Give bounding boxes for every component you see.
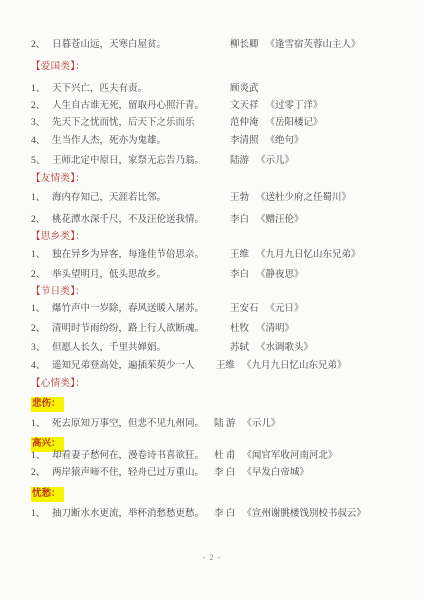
quote-text: 两岸猿声啼不住，轻舟已过万重山。 xyxy=(52,467,204,480)
item-number: 3、 xyxy=(31,117,52,130)
author: 顾炎武 xyxy=(230,83,259,96)
quote-row: 2、 桃花潭水深千尺，不及汪伦送我情。 李白 《赠汪伦》 xyxy=(31,214,416,227)
work-title: 《过零丁洋》 xyxy=(266,100,323,113)
work-title: 《宣州谢朓楼饯别校书叔云》 xyxy=(242,508,366,521)
author: 王勃 xyxy=(230,192,249,205)
quote-row: 1、 抽刀断水水更流，举杯消愁愁更愁。 李 白 《宣州谢朓楼饯别校书叔云》 xyxy=(31,508,416,521)
author: 杜 甫 xyxy=(214,450,235,463)
quote-text: 生当作人杰，死亦为鬼雄。 xyxy=(52,135,230,148)
section-header-patriotic: 【爱国类】： xyxy=(31,61,416,74)
quote-row: 1、 独在异乡为异客，每逢佳节倍思亲。 王维 《九月九日忆山东兄弟》 xyxy=(31,249,416,262)
author: 王安石 xyxy=(230,303,259,316)
section-title: 【友情类】： xyxy=(31,173,85,186)
work-title: 《送杜少府之任蜀川》 xyxy=(256,192,351,205)
author: 陆游 xyxy=(230,155,249,168)
author: 柳长卿 xyxy=(230,39,259,52)
quote-text: 但愿人长久，千里共婵娟。 xyxy=(52,342,230,355)
author: 李白 xyxy=(230,269,249,282)
work-title: 《绝句》 xyxy=(266,135,304,148)
section-title: 【节日类】： xyxy=(31,286,85,299)
author: 李白 xyxy=(230,214,249,227)
author: 杜牧 xyxy=(230,323,249,336)
document-page: 2、 日暮苍山远，天寒白屋贫。 柳长卿 《逢雪宿芙蓉山主人》 【爱国类】： 1、… xyxy=(0,0,424,600)
author: 李清照 xyxy=(230,135,259,148)
item-number: 1、 xyxy=(31,249,52,262)
work-title: 《示儿》 xyxy=(242,418,280,431)
mood-label: 忧愁： xyxy=(31,487,64,502)
quote-row: 1、 海内存知己，天涯若比邻。 王勃 《送杜少府之任蜀川》 xyxy=(31,192,416,205)
work-title: 《早发白帝城》 xyxy=(242,467,309,480)
quote-row: 2、 举头望明月，低头思故乡。 李白 《静夜思》 xyxy=(31,269,416,282)
work-title: 《赠汪伦》 xyxy=(256,214,304,227)
quote-row: 4、 生当作人杰，死亦为鬼雄。 李清照 《绝句》 xyxy=(31,135,416,148)
quote-row: 5、 王师北定中原日，家祭无忘告乃翁。 陆游 《示儿》 xyxy=(31,155,416,168)
section-header-homesick: 【思乡类】： xyxy=(31,231,416,244)
section-header-friendship: 【友情类】： xyxy=(31,173,416,186)
quote-row: 2、 日暮苍山远，天寒白屋贫。 柳长卿 《逢雪宿芙蓉山主人》 xyxy=(31,39,416,52)
quote-text: 死去原知万事空，但悲不见九州同。 xyxy=(52,418,204,431)
quote-text: 抽刀断水水更流，举杯消愁愁更愁。 xyxy=(52,508,204,521)
quote-text: 天下兴亡，匹夫有责。 xyxy=(52,83,230,96)
quote-text: 清明时节雨纷纷，路上行人欲断魂。 xyxy=(52,323,230,336)
item-number: 1、 xyxy=(31,303,52,316)
item-number: 4、 xyxy=(31,360,52,373)
item-number: 1、 xyxy=(31,83,52,96)
item-number: 5、 xyxy=(31,155,52,168)
item-number: 1、 xyxy=(31,418,52,431)
work-title: 《示儿》 xyxy=(256,155,294,168)
page-number: - 2 - xyxy=(0,553,424,562)
work-title: 《水调歌头》 xyxy=(256,342,313,355)
item-number: 1、 xyxy=(31,450,52,463)
mood-subheader-sad: 悲伤： xyxy=(31,397,416,412)
item-number: 3、 xyxy=(31,342,52,355)
quote-text: 遥知兄弟登高处，遍插茱萸少一人 xyxy=(52,360,216,373)
item-number: 1、 xyxy=(31,192,52,205)
work-title: 《岳阳楼记》 xyxy=(266,117,323,130)
item-number: 1、 xyxy=(31,508,52,521)
mood-label: 悲伤： xyxy=(31,397,64,412)
quote-row: 1、 爆竹声中一岁除，春风送暖入屠苏。 王安石 《元日》 xyxy=(31,303,416,316)
item-number: 2、 xyxy=(31,269,52,282)
quote-row: 1、 却看妻子愁何在，漫卷诗书喜欲狂。 杜 甫 《闻官军收河南河北》 xyxy=(31,450,416,463)
mood-subheader-worried: 忧愁： xyxy=(31,487,416,502)
section-title: 【爱国类】： xyxy=(31,61,85,74)
quote-text: 先天下之忧而忧，后天下之乐而乐 xyxy=(52,117,230,130)
author: 王维 xyxy=(230,249,249,262)
author: 范仲淹 xyxy=(230,117,259,130)
item-number: 2、 xyxy=(31,39,52,52)
work-title: 《清明》 xyxy=(256,323,294,336)
quote-text: 王师北定中原日，家祭无忘告乃翁。 xyxy=(52,155,230,168)
author: 陆 游 xyxy=(214,418,235,431)
item-number: 2、 xyxy=(31,467,52,480)
quote-row: 3、 先天下之忧而忧，后天下之乐而乐 范仲淹 《岳阳楼记》 xyxy=(31,117,416,130)
quote-text: 独在异乡为异客，每逢佳节倍思亲。 xyxy=(52,249,230,262)
section-header-festival: 【节日类】： xyxy=(31,286,416,299)
work-title: 《静夜思》 xyxy=(256,269,304,282)
quote-row: 2、 人生自古谁无死，留取丹心照汗青。 文天祥 《过零丁洋》 xyxy=(31,100,416,113)
work-title: 《元日》 xyxy=(266,303,304,316)
item-number: 2、 xyxy=(31,323,52,336)
section-title: 【心情类】： xyxy=(31,378,85,391)
author: 李 白 xyxy=(214,508,235,521)
quote-row: 2、 清明时节雨纷纷，路上行人欲断魂。 杜牧 《清明》 xyxy=(31,323,416,336)
quote-row: 1、 死去原知万事空，但悲不见九州同。 陆 游 《示儿》 xyxy=(31,418,416,431)
quote-row: 3、 但愿人长久，千里共婵娟。 苏轼 《水调歌头》 xyxy=(31,342,416,355)
quote-text: 桃花潭水深千尺，不及汪伦送我情。 xyxy=(52,214,230,227)
author: 文天祥 xyxy=(230,100,259,113)
quote-text: 举头望明月，低头思故乡。 xyxy=(52,269,230,282)
quote-row: 1、 天下兴亡，匹夫有责。 顾炎武 xyxy=(31,83,416,96)
quote-text: 爆竹声中一岁除，春风送暖入屠苏。 xyxy=(52,303,230,316)
item-number: 2、 xyxy=(31,214,52,227)
work-title: 《闻官军收河南河北》 xyxy=(242,450,337,463)
author: 苏轼 xyxy=(230,342,249,355)
author: 李 白 xyxy=(214,467,235,480)
section-title: 【思乡类】： xyxy=(31,231,85,244)
author: 王维 xyxy=(216,360,235,373)
quote-row: 4、 遥知兄弟登高处，遍插茱萸少一人 王维 《九月九日忆山东兄弟》 xyxy=(31,360,416,373)
quote-text: 人生自古谁无死，留取丹心照汗青。 xyxy=(52,100,230,113)
quote-row: 2、 两岸猿声啼不住，轻舟已过万重山。 李 白 《早发白帝城》 xyxy=(31,467,416,480)
item-number: 4、 xyxy=(31,135,52,148)
work-title: 《九月九日忆山东兄弟》 xyxy=(256,249,361,262)
work-title: 《九月九日忆山东兄弟》 xyxy=(242,360,347,373)
item-number: 2、 xyxy=(31,100,52,113)
quote-text: 日暮苍山远，天寒白屋贫。 xyxy=(52,39,230,52)
work-title: 《逢雪宿芙蓉山主人》 xyxy=(266,39,361,52)
quote-text: 海内存知己，天涯若比邻。 xyxy=(52,192,230,205)
quote-text: 却看妻子愁何在，漫卷诗书喜欲狂。 xyxy=(52,450,204,463)
section-header-mood: 【心情类】： xyxy=(31,378,416,391)
